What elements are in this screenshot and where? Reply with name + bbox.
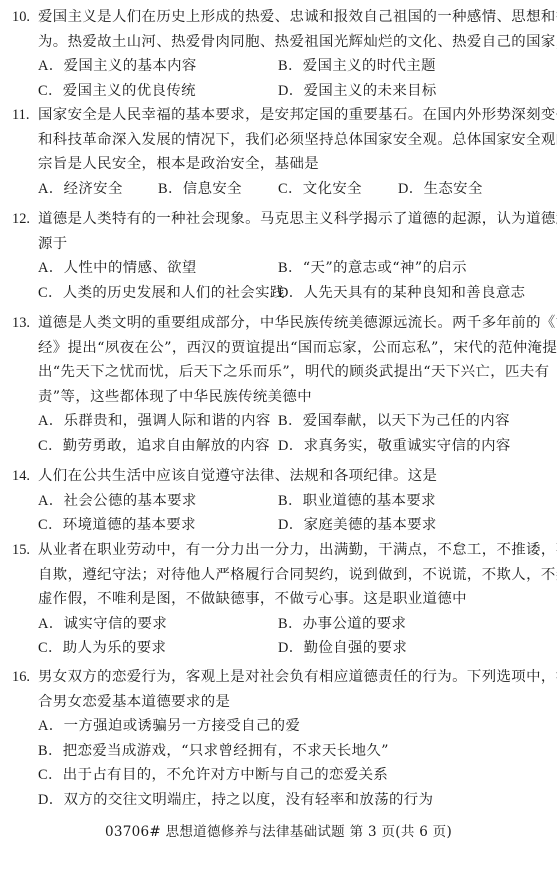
option-b: B．信息安全 xyxy=(158,177,242,201)
question-stem-line: 出“先天下之忧而忧，后天下之乐而乐”，明代的顾炎武提出“天下兴亡，匹夫有 xyxy=(38,360,549,384)
question-stem-line: 道德是人类特有的一种社会现象。马克思主义科学揭示了道德的起源，认为道德起 xyxy=(38,207,557,231)
option-c: C．文化安全 xyxy=(278,177,362,201)
option-a: A．经济安全 xyxy=(38,177,123,201)
option-d: D．求真务实，敬重诚实守信的内容 xyxy=(278,434,511,458)
option-a: A．诚实守信的要求 xyxy=(38,612,167,636)
question-stem-line: 爱国主义是人们在历史上形成的热爱、忠诚和报效自己祖国的一种感情、思想和行 xyxy=(38,5,557,29)
option-b: B．把恋爱当成游戏，“只求曾经拥有，不求天长地久” xyxy=(38,739,389,763)
question-number: 11. xyxy=(12,103,29,127)
question-stem-line: 源于 xyxy=(38,232,68,256)
option-c: C．勤劳勇敢，追求自由解放的内容 xyxy=(38,434,270,458)
question-number: 16. xyxy=(12,665,30,689)
question-stem-line: 人们在公共生活中应该自觉遵守法律、法规和各项纪律。这是 xyxy=(38,464,437,488)
question-stem-line: 和科技革命深入发展的情况下，我们必须坚持总体国家安全观。总体国家安全观的 xyxy=(38,128,557,152)
option-c: C．出于占有目的，不允许对方中断与自己的恋爱关系 xyxy=(38,763,388,787)
question-number: 13. xyxy=(12,311,30,335)
option-d: D．家庭美德的基本要求 xyxy=(278,513,437,537)
exam-page: 10. 爱国主义是人们在历史上形成的热爱、忠诚和报效自己祖国的一种感情、思想和行… xyxy=(0,0,557,875)
option-a: A．爱国主义的基本内容 xyxy=(38,54,197,78)
question-stem-line: 虚作假，不唯利是图，不做缺德事，不做亏心事。这是职业道德中 xyxy=(38,587,467,611)
question-stem-line: 男女双方的恋爱行为，客观上是对社会负有相应道德责任的行为。下列选项中，符 xyxy=(38,665,557,689)
page-footer: 03706# 思想道德修养与法律基础试题 第 3 页(共 6 页) xyxy=(0,822,557,842)
option-a: A．一方强迫或诱骗另一方接受自己的爱 xyxy=(38,714,300,738)
option-b: B．办事公道的要求 xyxy=(278,612,406,636)
option-c: C．人类的历史发展和人们的社会实践 xyxy=(38,281,285,305)
option-a: A．乐群贵和，强调人际和谐的内容 xyxy=(38,409,271,433)
option-c: C．助人为乐的要求 xyxy=(38,636,166,660)
option-b: B．爱国奉献，以天下为己任的内容 xyxy=(278,409,510,433)
question-stem-line: 为。热爱故土山河、热爱骨肉同胞、热爱祖国光辉灿烂的文化、热爱自己的国家，是 xyxy=(38,30,557,54)
option-d: D．勤俭自强的要求 xyxy=(278,636,407,660)
option-b: B．职业道德的基本要求 xyxy=(278,489,436,513)
option-d: D．爱国主义的未来目标 xyxy=(278,79,437,103)
option-a: A．人性中的情感、欲望 xyxy=(38,256,197,280)
option-b: B．爱国主义的时代主题 xyxy=(278,54,436,78)
option-b: B．“天”的意志或“神”的启示 xyxy=(278,256,467,280)
option-d: D．双方的交往文明端庄，持之以度，没有轻率和放荡的行为 xyxy=(38,788,433,812)
option-c: C．环境道德的基本要求 xyxy=(38,513,196,537)
question-stem-line: 从业者在职业劳动中，有一分力出一分力，出满勤，干满点，不怠工，不推诿，不 xyxy=(38,538,557,562)
option-a: A．社会公德的基本要求 xyxy=(38,489,197,513)
question-number: 10. xyxy=(12,5,30,29)
question-stem-line: 合男女恋爱基本道德要求的是 xyxy=(38,690,230,714)
question-number: 12. xyxy=(12,207,30,231)
option-c: C．爱国主义的优良传统 xyxy=(38,79,196,103)
question-number: 15. xyxy=(12,538,30,562)
question-stem-line: 道德是人类文明的重要组成部分，中华民族传统美德源远流长。两千多年前的《诗 xyxy=(38,311,557,335)
question-stem-line: 宗旨是人民安全，根本是政治安全，基础是 xyxy=(38,152,319,176)
question-stem-line: 经》提出“夙夜在公”，西汉的贾谊提出“国而忘家，公而忘私”，宋代的范仲淹提 xyxy=(38,336,557,360)
option-d: D．生态安全 xyxy=(398,177,483,201)
question-number: 14. xyxy=(12,464,30,488)
question-stem-line: 国家安全是人民幸福的基本要求，是安邦定国的重要基石。在国内外形势深刻变化 xyxy=(38,103,557,127)
option-d: D．人先天具有的某种良知和善良意志 xyxy=(278,281,525,305)
question-stem-line: 责”等，这些都体现了中华民族传统美德中 xyxy=(38,385,312,409)
question-stem-line: 自欺，遵纪守法；对待他人严格履行合同契约，说到做到，不说谎，不欺人，不弄 xyxy=(38,563,557,587)
